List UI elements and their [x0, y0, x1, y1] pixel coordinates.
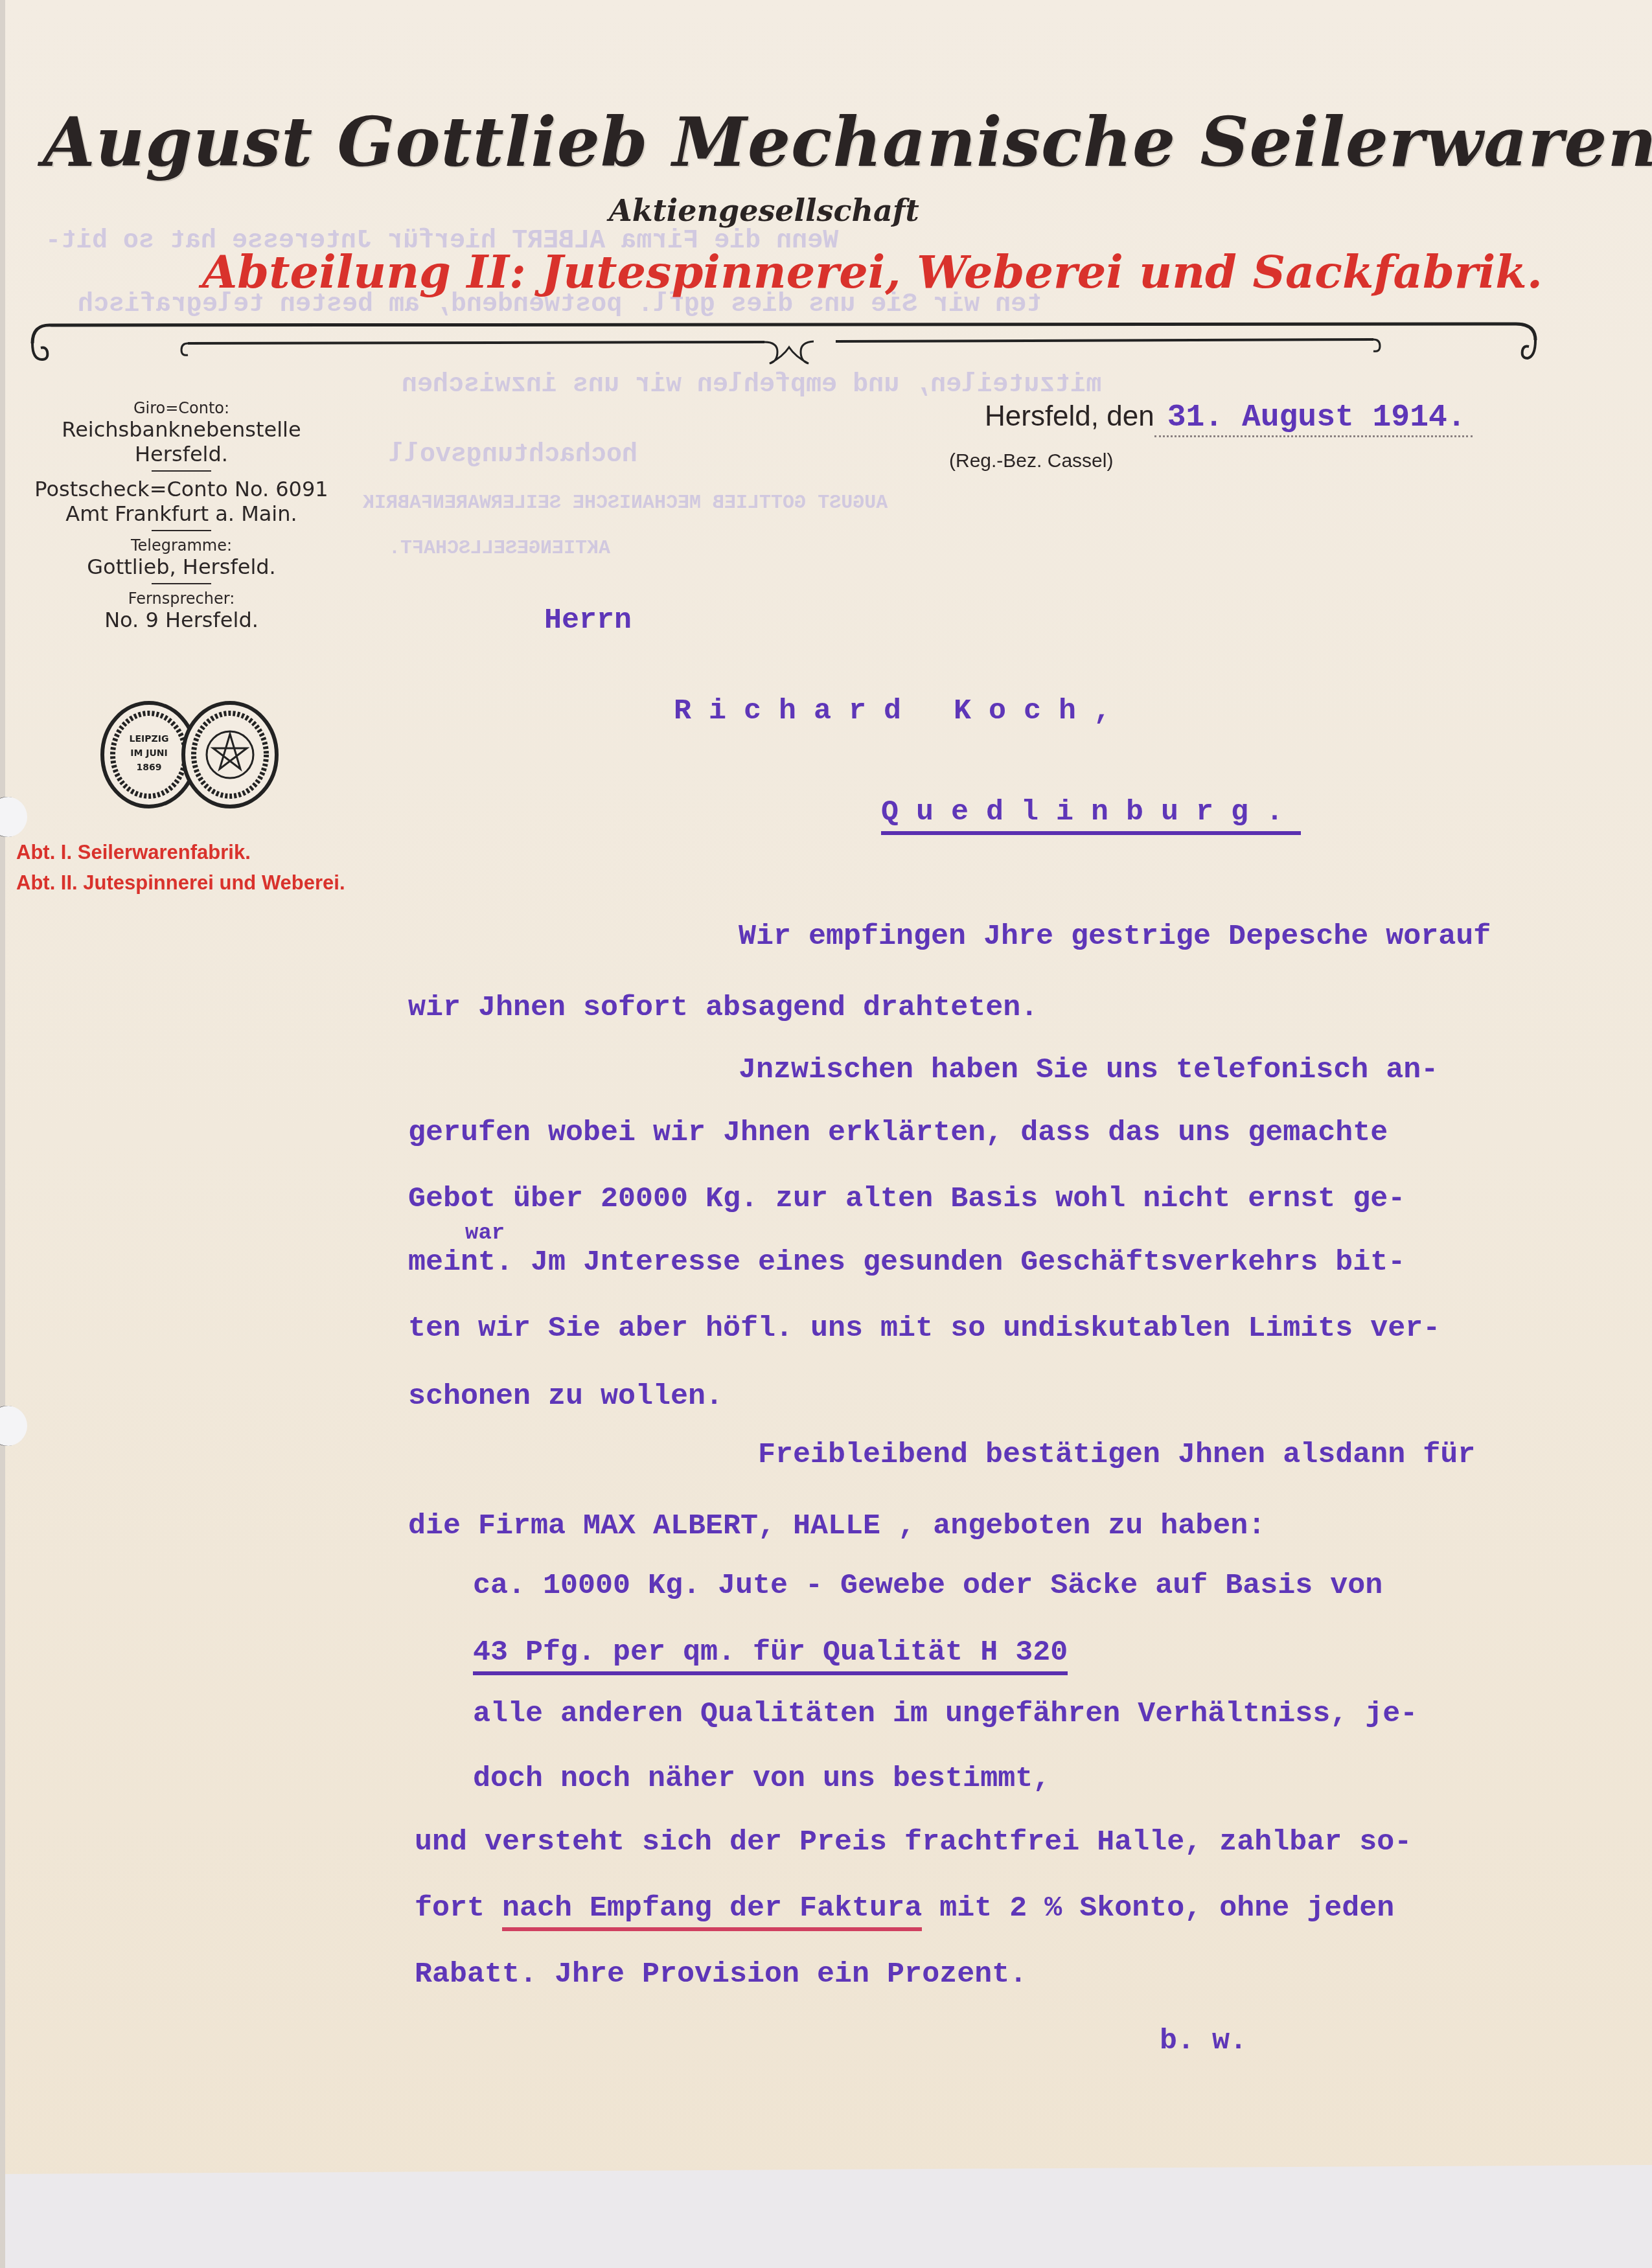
recipient-city: Quedlinburg. [881, 796, 1301, 835]
body-line: Rabatt. Jhre Provision ein Prozent. [415, 1958, 1027, 1991]
body-line: wir Jhnen sofort absagend drahteten. [408, 991, 1038, 1024]
body-line: Wir empfingen Jhre gestrige Depesche wor… [739, 920, 1491, 953]
region-label: (Reg.-Bez. Cassel) [949, 450, 1113, 472]
scan-edge [0, 0, 5, 2268]
bank-info: Giro=Conto: Reichsbanknebenstelle Hersfe… [19, 399, 343, 632]
please-turn-over: b. w. [1160, 2024, 1247, 2057]
department-heading: Abteilung II: Jutespinnerei, Weberei und… [202, 245, 1543, 299]
place-label: Hersfeld, den [985, 400, 1154, 432]
legal-form: Aktiengesellschaft [609, 193, 919, 228]
body-text: fort [415, 1892, 502, 1925]
company-name: August Gottlieb Mechanische Seilerwarenf… [43, 102, 1652, 182]
body-line: doch noch näher von uns bestimmt, [473, 1762, 1050, 1795]
body-line: Gebot über 20000 Kg. zur alten Basis woh… [408, 1182, 1405, 1215]
bleed-through-line: AKTIENGESELLSCHAFT. [389, 538, 610, 560]
divider [152, 530, 211, 531]
body-text: mit 2 % Skonto, ohne jeden [922, 1892, 1394, 1925]
bleed-through-line: mitzuteilen, und empfehlen wir uns inzwi… [402, 371, 1101, 400]
department-2: Abt. II. Jutespinnerei und Weberei. [16, 871, 345, 895]
letter-date: 31. August 1914. [1154, 400, 1473, 437]
body-line: alle anderen Qualitäten im ungefähren Ve… [473, 1697, 1417, 1730]
recipient-name: Richard Koch, [674, 694, 1129, 727]
body-line: die Firma MAX ALBERT, HALLE , angeboten … [408, 1509, 1265, 1542]
phone-label: Fernsprecher: [19, 590, 343, 608]
dateline: Hersfeld, den31. August 1914. [985, 400, 1473, 435]
body-line: gerufen wobei wir Jhnen erklärten, dass … [408, 1116, 1388, 1149]
divider [152, 470, 211, 472]
handwritten-insertion: war [465, 1221, 505, 1246]
postscheck-line1: Postscheck=Conto No. 6091 [19, 477, 343, 501]
body-line: und versteht sich der Preis frachtfrei H… [415, 1826, 1412, 1859]
price-line-underlined: 43 Pfg. per qm. für Qualität H 320 [473, 1636, 1068, 1675]
body-line: fort nach Empfang der Faktura mit 2 % Sk… [415, 1892, 1394, 1925]
salutation: Herrn [544, 604, 632, 637]
department-1: Abt. I. Seilerwarenfabrik. [16, 841, 251, 864]
ornamental-rule [26, 317, 1542, 369]
phone-value: No. 9 Hersfeld. [19, 608, 343, 632]
divider [152, 583, 211, 584]
body-line: schonen zu wollen. [408, 1380, 723, 1413]
body-line: meint. Jm Jnteresse eines gesunden Gesch… [408, 1246, 1405, 1279]
svg-text:LEIPZIG: LEIPZIG [130, 734, 169, 744]
bleed-through-line: AUGUST GOTTLIEB MECHANISCHE SEILERWARENF… [363, 492, 888, 514]
svg-text:1869: 1869 [137, 762, 162, 773]
body-line: ten wir Sie aber höfl. uns mit so undisk… [408, 1312, 1440, 1345]
telegram-label: Telegramme: [19, 536, 343, 555]
telegram-value: Gottlieb, Hersfeld. [19, 555, 343, 579]
postscheck-line2: Amt Frankfurt a. Main. [19, 501, 343, 526]
bleed-through-line: hochachtungsvoll [389, 441, 637, 470]
body-line: ca. 10000 Kg. Jute - Gewebe oder Säcke a… [473, 1569, 1382, 1602]
body-line: Jnzwischen haben Sie uns telefonisch an- [739, 1053, 1438, 1086]
body-line: Freibleibend bestätigen Jhnen alsdann fü… [758, 1438, 1475, 1471]
svg-text:IM JUNI: IM JUNI [130, 748, 168, 759]
payment-terms-underlined: nach Empfang der Faktura [502, 1892, 922, 1931]
giro-value: Reichsbanknebenstelle Hersfeld. [19, 417, 343, 466]
giro-label: Giro=Conto: [19, 399, 343, 417]
award-medals-icon: LEIPZIG IM JUNI 1869 [94, 696, 288, 813]
